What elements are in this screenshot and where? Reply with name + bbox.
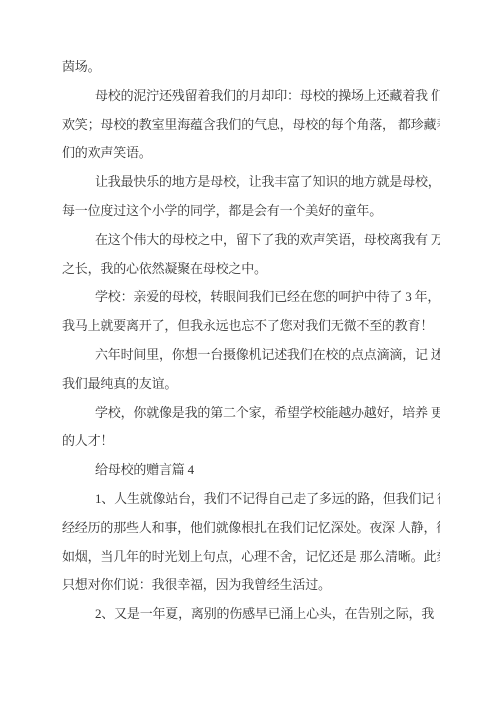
text-line: 1、人生就像站台，我们不记得自己走了多远的路，但我们记 得曾 [62,485,440,514]
text-line: 每一位度过这个小学的同学，都是会有一个美好的童年。 [62,197,440,226]
text-line: 只想对你们说：我很幸福，因为我曾经生活过。 [62,571,440,600]
text-line: 我们最纯真的友谊。 [62,370,440,399]
text-line: 经经历的那些人和事，他们就像根扎在我们记忆深处。夜深 人静，往事 [62,514,440,543]
text-line: 学校，你就像是我的第二个家，希望学校能越办越好，培养 更多 [62,399,440,428]
text-line: 如烟，当几年的时光划上句点，心理不舍，记忆还是 那么清晰。此刻， [62,543,440,572]
text-line: 我马上就要离开了，但我永远也忘不了您对我们无微不至的教育！ [62,312,440,341]
text-line: 的人才！ [62,427,440,456]
text-line: 2、又是一年夏，离别的伤感早已涌上心头，在告别之际，我 [62,600,440,629]
text-line: 茵场。 [62,53,440,82]
text-line: 学校：亲爱的母校，转眼间我们已经在您的呵护中待了 3 年， [62,283,440,312]
text-line: 在这个伟大的母校之中，留下了我的欢声笑语，母校离我有 万里 [62,226,440,255]
text-line: 六年时间里，你想一台摄像机记述我们在校的点点滴滴，记 述了 [62,341,440,370]
text-line: 欢笑；母校的教室里海蕴含我们的气息，母校的每个角落， 都珍藏着我 [62,111,440,140]
document-body: 茵场。母校的泥泞还残留着我们的月却印：母校的操场上还藏着我 们的欢笑；母校的教室… [62,53,440,629]
text-line: 们的欢声笑语。 [62,139,440,168]
text-line: 母校的泥泞还残留着我们的月却印：母校的操场上还藏着我 们的 [62,82,440,111]
text-line: 之长，我的心依然凝聚在母校之中。 [62,255,440,284]
text-line: 让我最快乐的地方是母校，让我丰富了知识的地方就是母校，相信 [62,168,440,197]
text-line: 给母校的赠言篇 4 [62,456,440,485]
document-page: 茵场。母校的泥泞还残留着我们的月却印：母校的操场上还藏着我 们的欢笑；母校的教室… [0,0,500,703]
